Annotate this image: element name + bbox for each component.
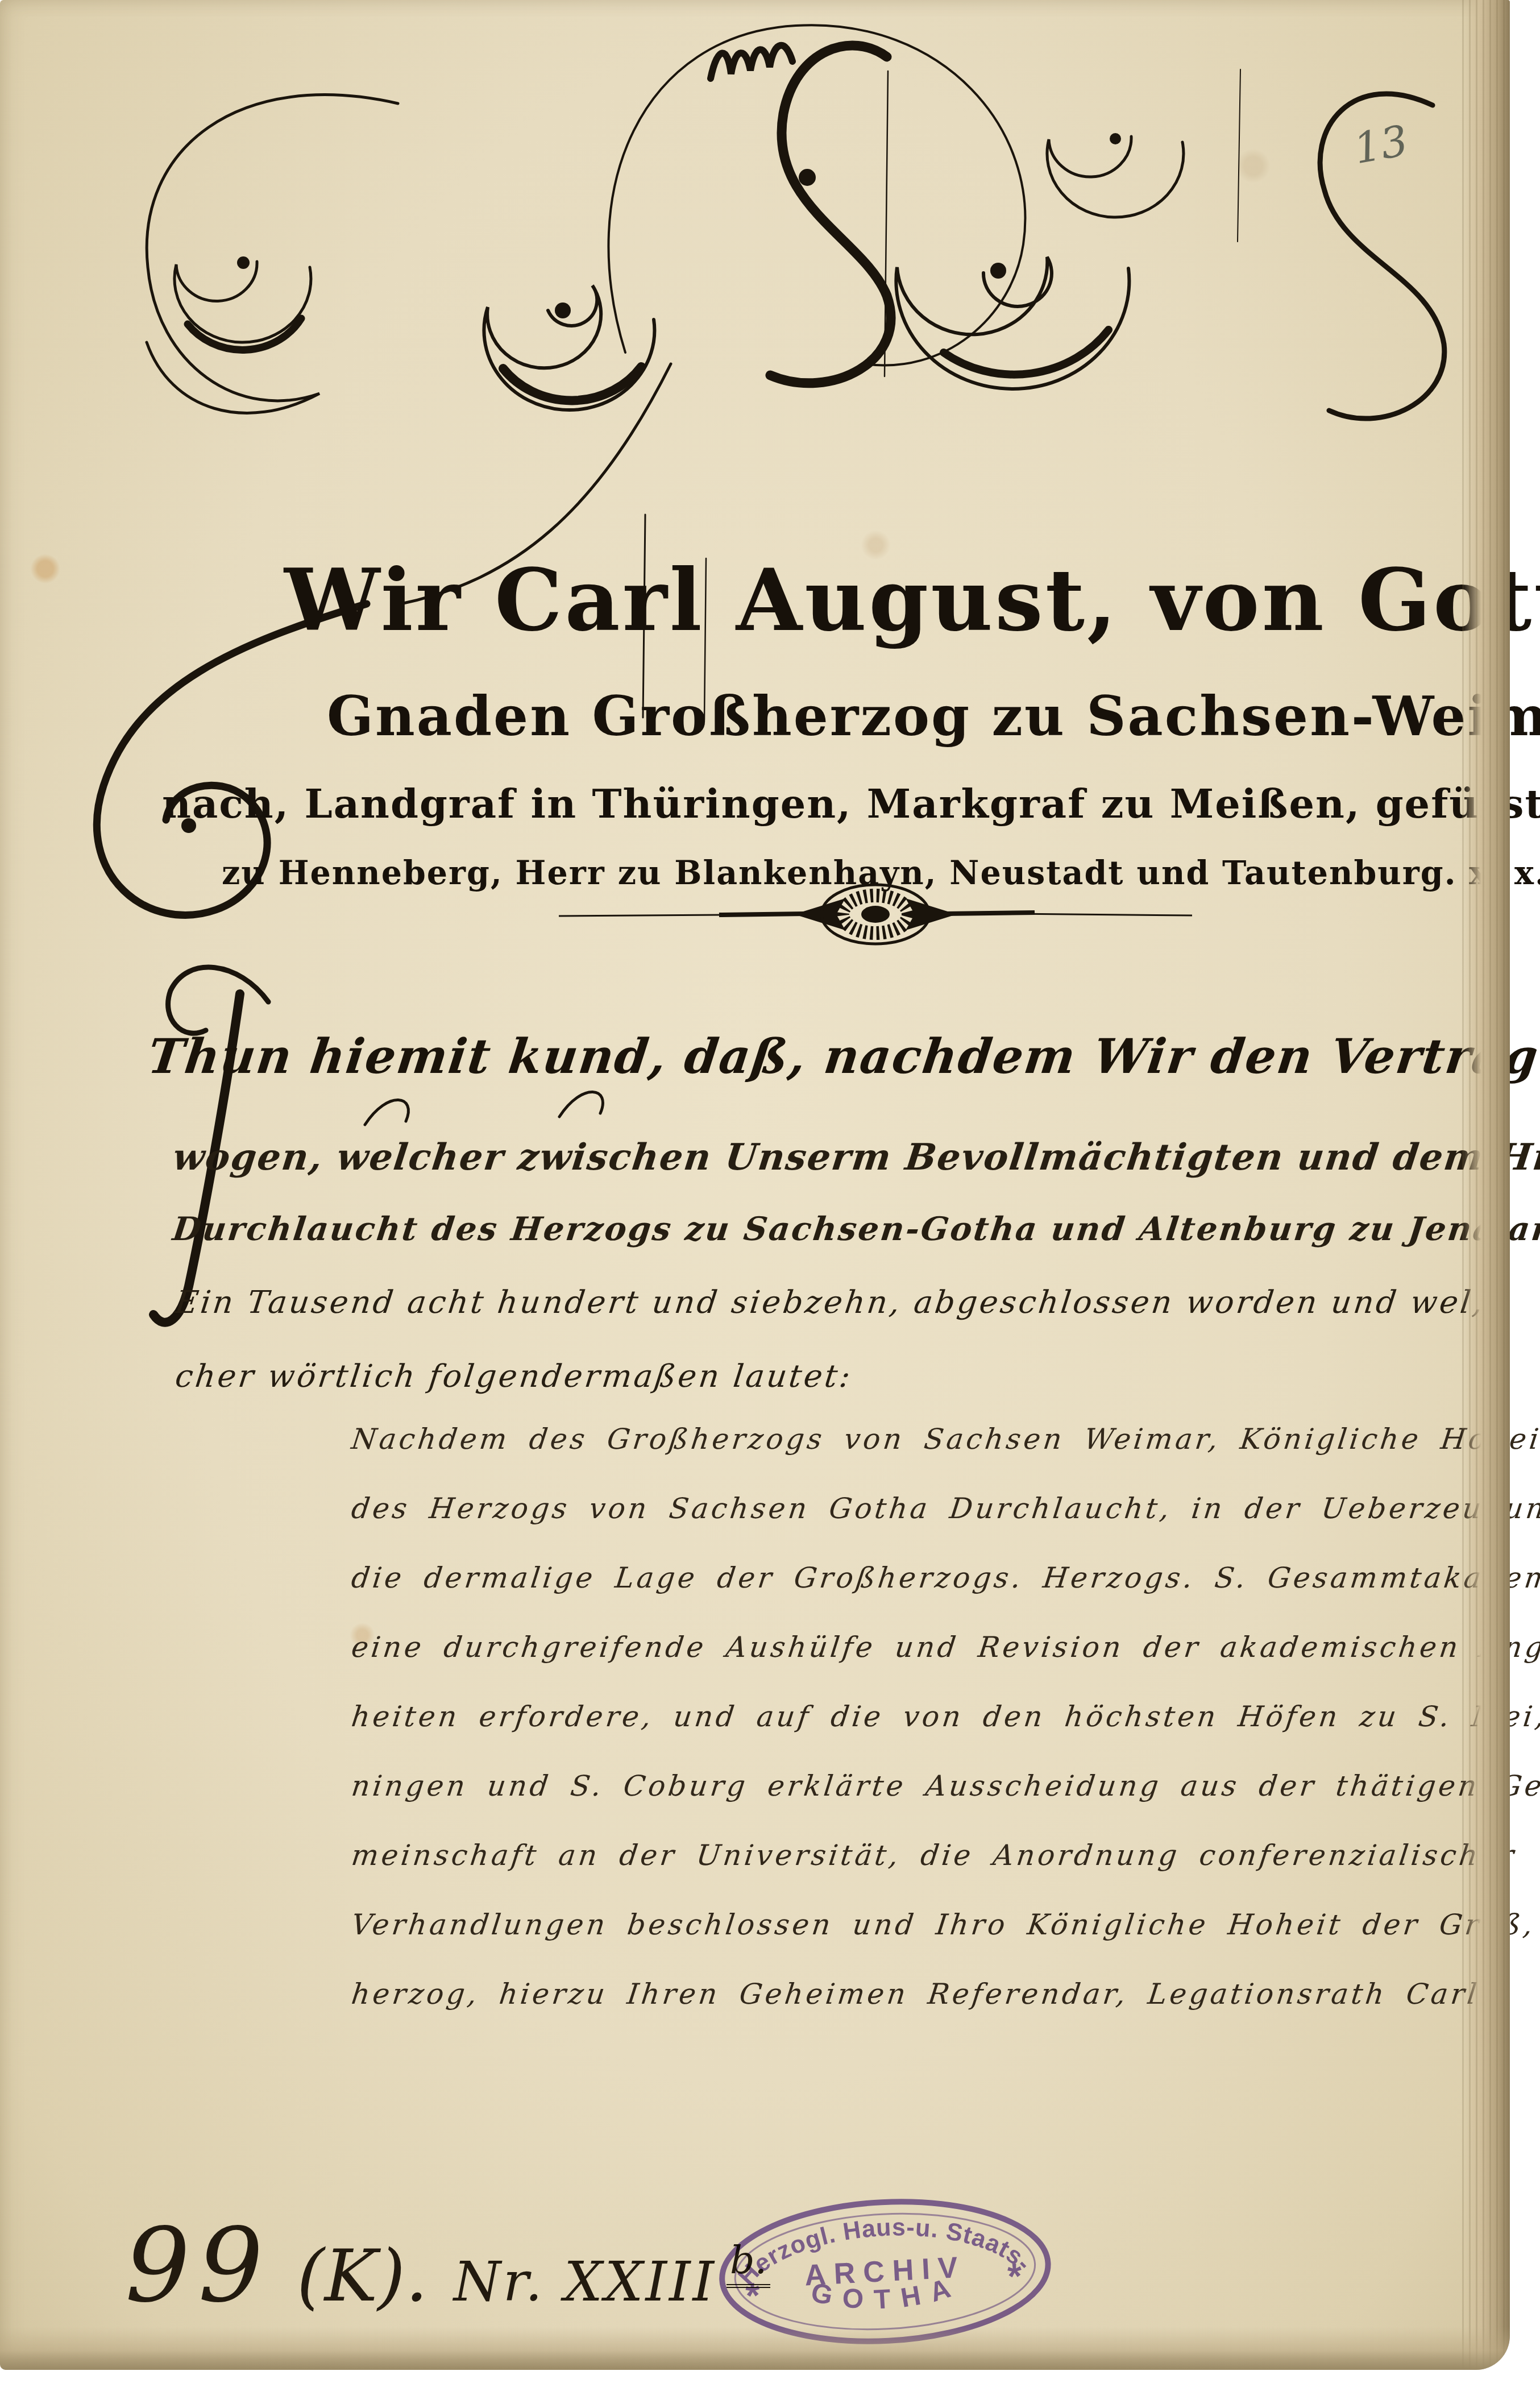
- heading-line-1: Wir Carl August, von Gottes: [284, 550, 1540, 650]
- shelfmark-ref: Nr. XXIII: [454, 2251, 716, 2314]
- intro-line-3: Durchlaucht des Herzogs zu Sachsen-Gotha…: [171, 1210, 1540, 1248]
- quoted-line: eine durchgreifende Aushülfe und Revisio…: [350, 1631, 1540, 1664]
- document-page: 13 Wir Carl August, von Gottes Gnaden Gr…: [0, 0, 1510, 2370]
- paper-bottom-edge: [0, 2327, 1510, 2370]
- quoted-line: die dermalige Lage der Großherzogs. Herz…: [350, 1561, 1540, 1594]
- intro-line-1: Thun hiemit kund, daß, nachdem Wir den V…: [145, 1028, 1540, 1084]
- intro-line-5: cher wörtlich folgendermaßen lautet:: [173, 1358, 854, 1394]
- shelfmark-class: (K).: [297, 2235, 428, 2318]
- quoted-line: Verhandlungen beschlossen und Ihro König…: [350, 1908, 1537, 1941]
- quoted-line: herzog, hierzu Ihren Geheimen Referendar…: [350, 1978, 1481, 2011]
- quoted-line: heiten erfordere, und auf die von den hö…: [350, 1700, 1540, 1733]
- intro-line-2: wogen, welcher zwischen Unserm Bevollmäc…: [171, 1136, 1540, 1179]
- star-icon: *: [1007, 2255, 1023, 2297]
- heading-line-3: nach, Landgraf in Thüringen, Markgraf zu…: [162, 780, 1540, 827]
- quoted-line: Nachdem des Großherzogs von Sachsen Weim…: [350, 1423, 1540, 1456]
- quoted-line: ningen und S. Coburg erklärte Ausscheidu…: [350, 1769, 1540, 1802]
- quoted-line: meinschaft an der Universität, die Anord…: [350, 1839, 1518, 1872]
- archive-shelfmark: 99 (K). Nr. XXIII b.: [125, 2206, 770, 2325]
- star-icon: *: [745, 2275, 761, 2316]
- intro-line-4: Ein Tausend acht hundert und siebzehn, a…: [173, 1284, 1487, 1320]
- heading-line-2: Gnaden Großherzog zu Sachsen-Weimar-Eise…: [327, 684, 1540, 748]
- paper-right-edge: [1462, 0, 1510, 2370]
- divider-eye-ornament-icon: [549, 880, 1202, 948]
- shelfmark-number: 99: [125, 2206, 271, 2325]
- quoted-line: des Herzogs von Sachsen Gotha Durchlauch…: [350, 1492, 1540, 1525]
- pencil-folio-number: 13: [1350, 116, 1412, 173]
